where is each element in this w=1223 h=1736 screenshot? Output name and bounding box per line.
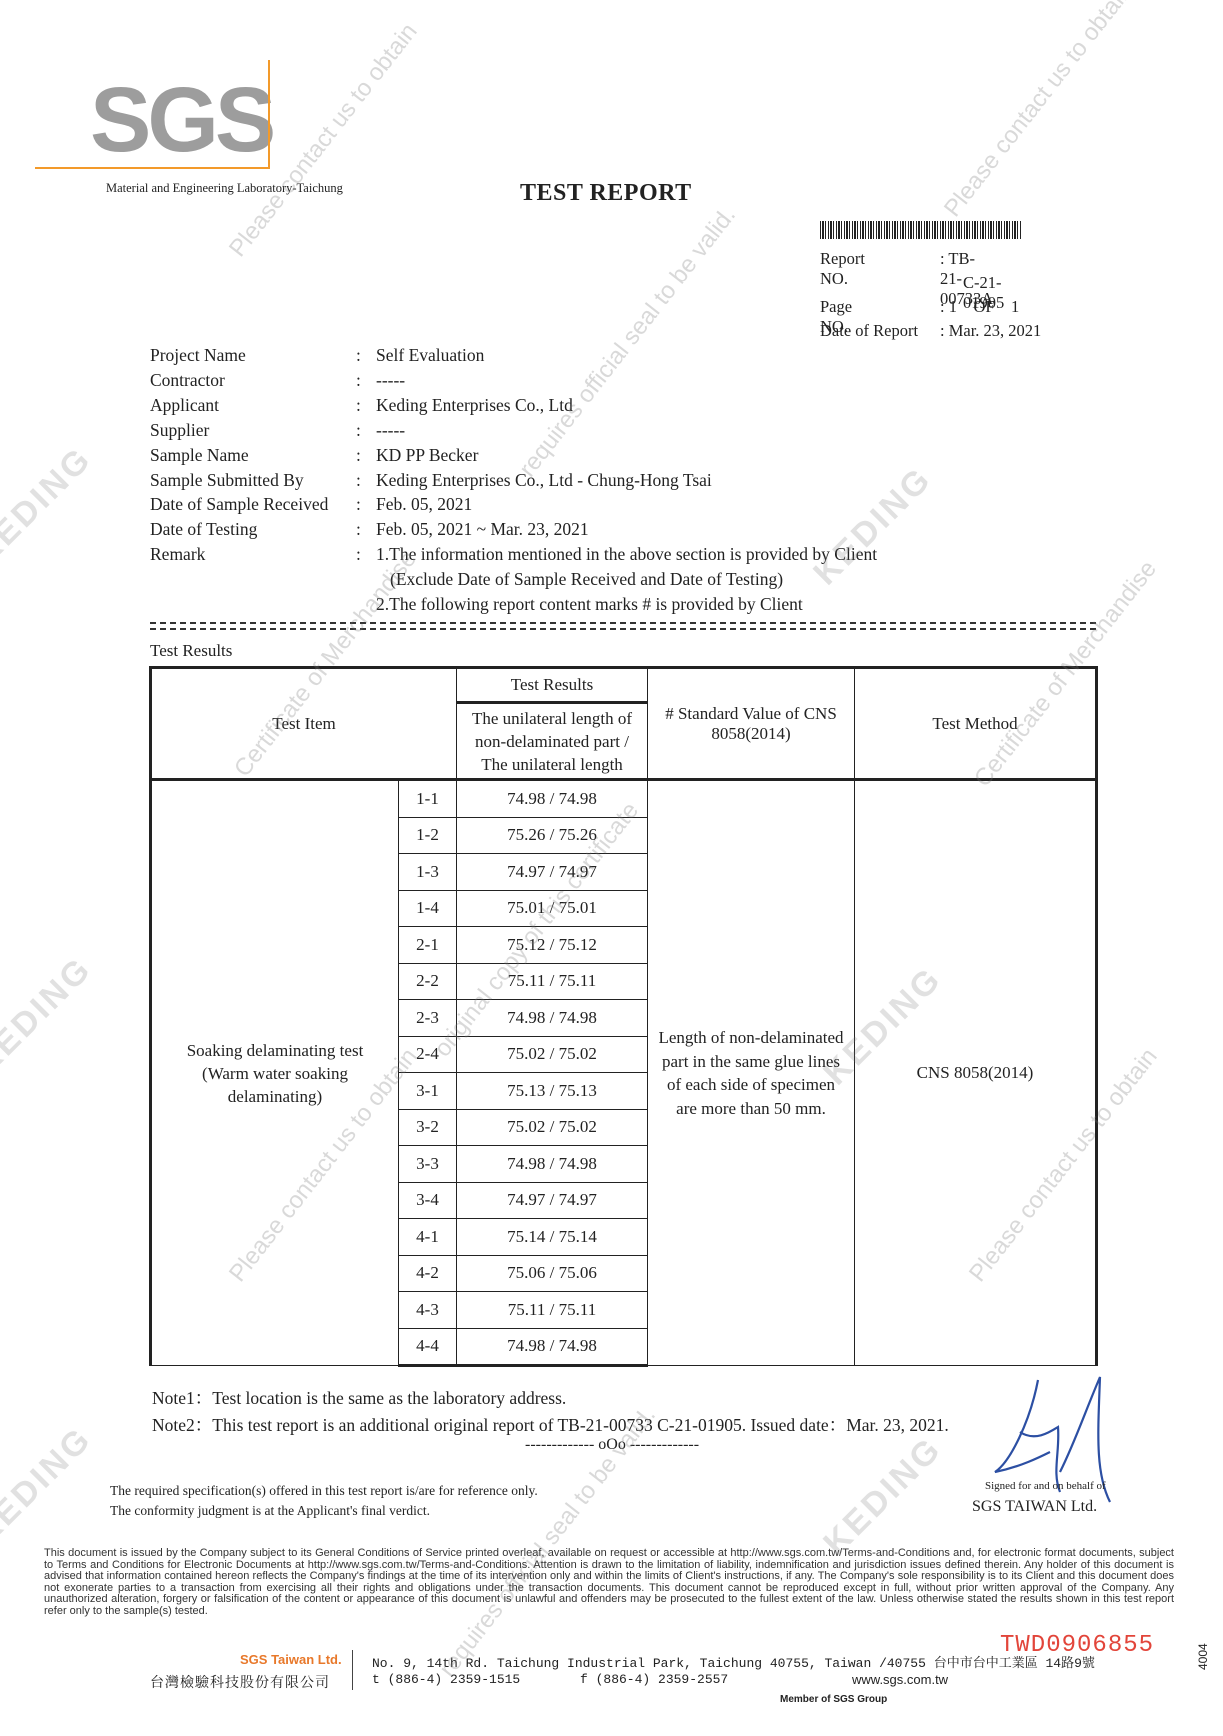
barcode	[820, 221, 1022, 239]
info-label: Sample Name	[150, 445, 249, 466]
specimen-result: 74.98 / 74.98	[457, 1146, 648, 1183]
info-colon: :	[356, 420, 361, 441]
info-value: Self Evaluation	[376, 345, 484, 366]
page-value: : 1 OF 1	[940, 297, 1019, 317]
info-value: Keding Enterprises Co., Ltd - Chung-Hong…	[376, 470, 712, 491]
signed-for-label: Signed for and on behalf of	[985, 1480, 1106, 1492]
logo-divider	[268, 60, 270, 168]
specimen-result: 74.97 / 74.97	[457, 1182, 648, 1219]
footer-fax: f (886-4) 2359-2557	[580, 1672, 728, 1687]
table-row: Soaking delaminating test (Warm water so…	[151, 780, 1097, 818]
specimen-id: 1-1	[399, 780, 457, 818]
info-label: Project Name	[150, 345, 246, 366]
watermark-seal: requires official seal to be valid.	[514, 202, 742, 483]
results-body: Soaking delaminating test (Warm water so…	[151, 780, 1097, 1366]
side-code: 4004	[1196, 1643, 1210, 1670]
specimen-result: 75.13 / 75.13	[457, 1073, 648, 1110]
footer-divider	[352, 1650, 353, 1690]
info-value: KD PP Becker	[376, 445, 478, 466]
specimen-id: 2-1	[399, 927, 457, 964]
info-label: Sample Submitted By	[150, 470, 304, 491]
info-value: -----	[376, 370, 405, 391]
watermark-brand: KEDING	[0, 1419, 100, 1553]
footer-address: No. 9, 14th Rd. Taichung Industrial Park…	[372, 1652, 1095, 1671]
specimen-result: 74.98 / 74.98	[457, 1328, 648, 1366]
watermark-brand: KEDING	[0, 439, 100, 573]
lab-name: Material and Engineering Laboratory-Taic…	[106, 181, 343, 196]
sgs-logo: SGS	[90, 75, 270, 165]
info-colon: :	[356, 370, 361, 391]
info-label: Date of Testing	[150, 519, 257, 540]
spec-line-2: The conformity judgment is at the Applic…	[110, 1503, 430, 1519]
method-cell: CNS 8058(2014)	[855, 780, 1097, 1366]
test-results-label: Test Results	[150, 641, 232, 661]
legal-disclaimer: This document is issued by the Company s…	[44, 1548, 1174, 1618]
info-value: -----	[376, 420, 405, 441]
specimen-result: 75.11 / 75.11	[457, 1292, 648, 1329]
specimen-id: 4-1	[399, 1219, 457, 1256]
info-colon: :	[356, 345, 361, 366]
specimen-id: 3-4	[399, 1182, 457, 1219]
specimen-result: 75.14 / 75.14	[457, 1219, 648, 1256]
logo-underline	[35, 167, 270, 169]
info-label: Remark	[150, 544, 205, 565]
watermark-brand: KEDING	[0, 949, 100, 1083]
specimen-id: 1-2	[399, 817, 457, 854]
specimen-id: 2-3	[399, 1000, 457, 1037]
specimen-id: 4-2	[399, 1255, 457, 1292]
note-1: Note1：Test location is the same as the l…	[152, 1385, 566, 1410]
info-colon: :	[356, 519, 361, 540]
info-value: Keding Enterprises Co., Ltd	[376, 395, 573, 416]
note-2: Note2：This test report is an additional …	[152, 1412, 949, 1437]
specimen-result: 74.97 / 74.97	[457, 854, 648, 891]
watermark-brand: KEDING	[806, 459, 940, 593]
specimen-result: 74.98 / 74.98	[457, 1000, 648, 1037]
header-test-item: Test Item	[151, 668, 457, 780]
specimen-result: 74.98 / 74.98	[457, 780, 648, 818]
date-label: Date of Report	[820, 321, 918, 341]
info-label: Contractor	[150, 370, 225, 391]
results-table: Test Item Test Results # Standard Value …	[149, 666, 1098, 1367]
header-standard: # Standard Value of CNS 8058(2014)	[648, 668, 855, 780]
specimen-id: 4-3	[399, 1292, 457, 1329]
header-test-method: Test Method	[855, 668, 1097, 780]
spec-line-1: The required specification(s) offered in…	[110, 1483, 538, 1499]
date-value: : Mar. 23, 2021	[940, 321, 1041, 341]
remark-line-3: 2.The following report content marks # i…	[376, 594, 803, 615]
specimen-result: 75.12 / 75.12	[457, 927, 648, 964]
specimen-id: 2-2	[399, 963, 457, 1000]
watermark-contact: Please contact us to obtain	[939, 0, 1138, 223]
specimen-result: 75.01 / 75.01	[457, 890, 648, 927]
info-value: 1.The information mentioned in the above…	[376, 544, 877, 565]
standard-cell: Length of non-delaminated part in the sa…	[648, 780, 855, 1366]
serial-number: TWD0906855	[1000, 1632, 1154, 1659]
footer-company-cn: 台灣檢驗科技股份有限公司	[150, 1672, 330, 1692]
info-value: Feb. 05, 2021	[376, 494, 472, 515]
info-colon: :	[356, 470, 361, 491]
info-colon: :	[356, 395, 361, 416]
specimen-id: 1-4	[399, 890, 457, 927]
info-colon: :	[356, 544, 361, 565]
specimen-id: 2-4	[399, 1036, 457, 1073]
report-no-label: Report NO.	[820, 249, 865, 289]
specimen-id: 3-1	[399, 1073, 457, 1110]
info-label: Applicant	[150, 395, 219, 416]
specimen-result: 75.26 / 75.26	[457, 817, 648, 854]
info-colon: :	[356, 445, 361, 466]
member-of-group: Member of SGS Group	[780, 1694, 887, 1705]
report-title: TEST REPORT	[520, 180, 692, 207]
specimen-id: 3-2	[399, 1109, 457, 1146]
end-mark: ------------- oOo -------------	[525, 1436, 699, 1454]
info-value: Feb. 05, 2021 ~ Mar. 23, 2021	[376, 519, 589, 540]
info-label: Date of Sample Received	[150, 494, 328, 515]
remark-line-2: (Exclude Date of Sample Received and Dat…	[390, 569, 783, 590]
separator	[150, 622, 1096, 630]
footer-phone: t (886-4) 2359-1515	[372, 1672, 520, 1687]
header-test-results: Test Results	[457, 668, 648, 703]
watermark-brand: KEDING	[816, 1429, 950, 1563]
info-colon: :	[356, 494, 361, 515]
info-label: Supplier	[150, 420, 209, 441]
footer-company-en: SGS Taiwan Ltd.	[240, 1652, 342, 1667]
specimen-result: 75.06 / 75.06	[457, 1255, 648, 1292]
specimen-result: 75.11 / 75.11	[457, 963, 648, 1000]
header-results-sub: The unilateral length of non-delaminated…	[457, 703, 648, 780]
specimen-id: 3-3	[399, 1146, 457, 1183]
specimen-result: 75.02 / 75.02	[457, 1036, 648, 1073]
test-item-cell: Soaking delaminating test (Warm water so…	[151, 780, 399, 1366]
specimen-result: 75.02 / 75.02	[457, 1109, 648, 1146]
specimen-id: 1-3	[399, 854, 457, 891]
footer-website[interactable]: www.sgs.com.tw	[852, 1672, 948, 1687]
signing-company: SGS TAIWAN Ltd.	[972, 1498, 1097, 1516]
specimen-id: 4-4	[399, 1328, 457, 1366]
